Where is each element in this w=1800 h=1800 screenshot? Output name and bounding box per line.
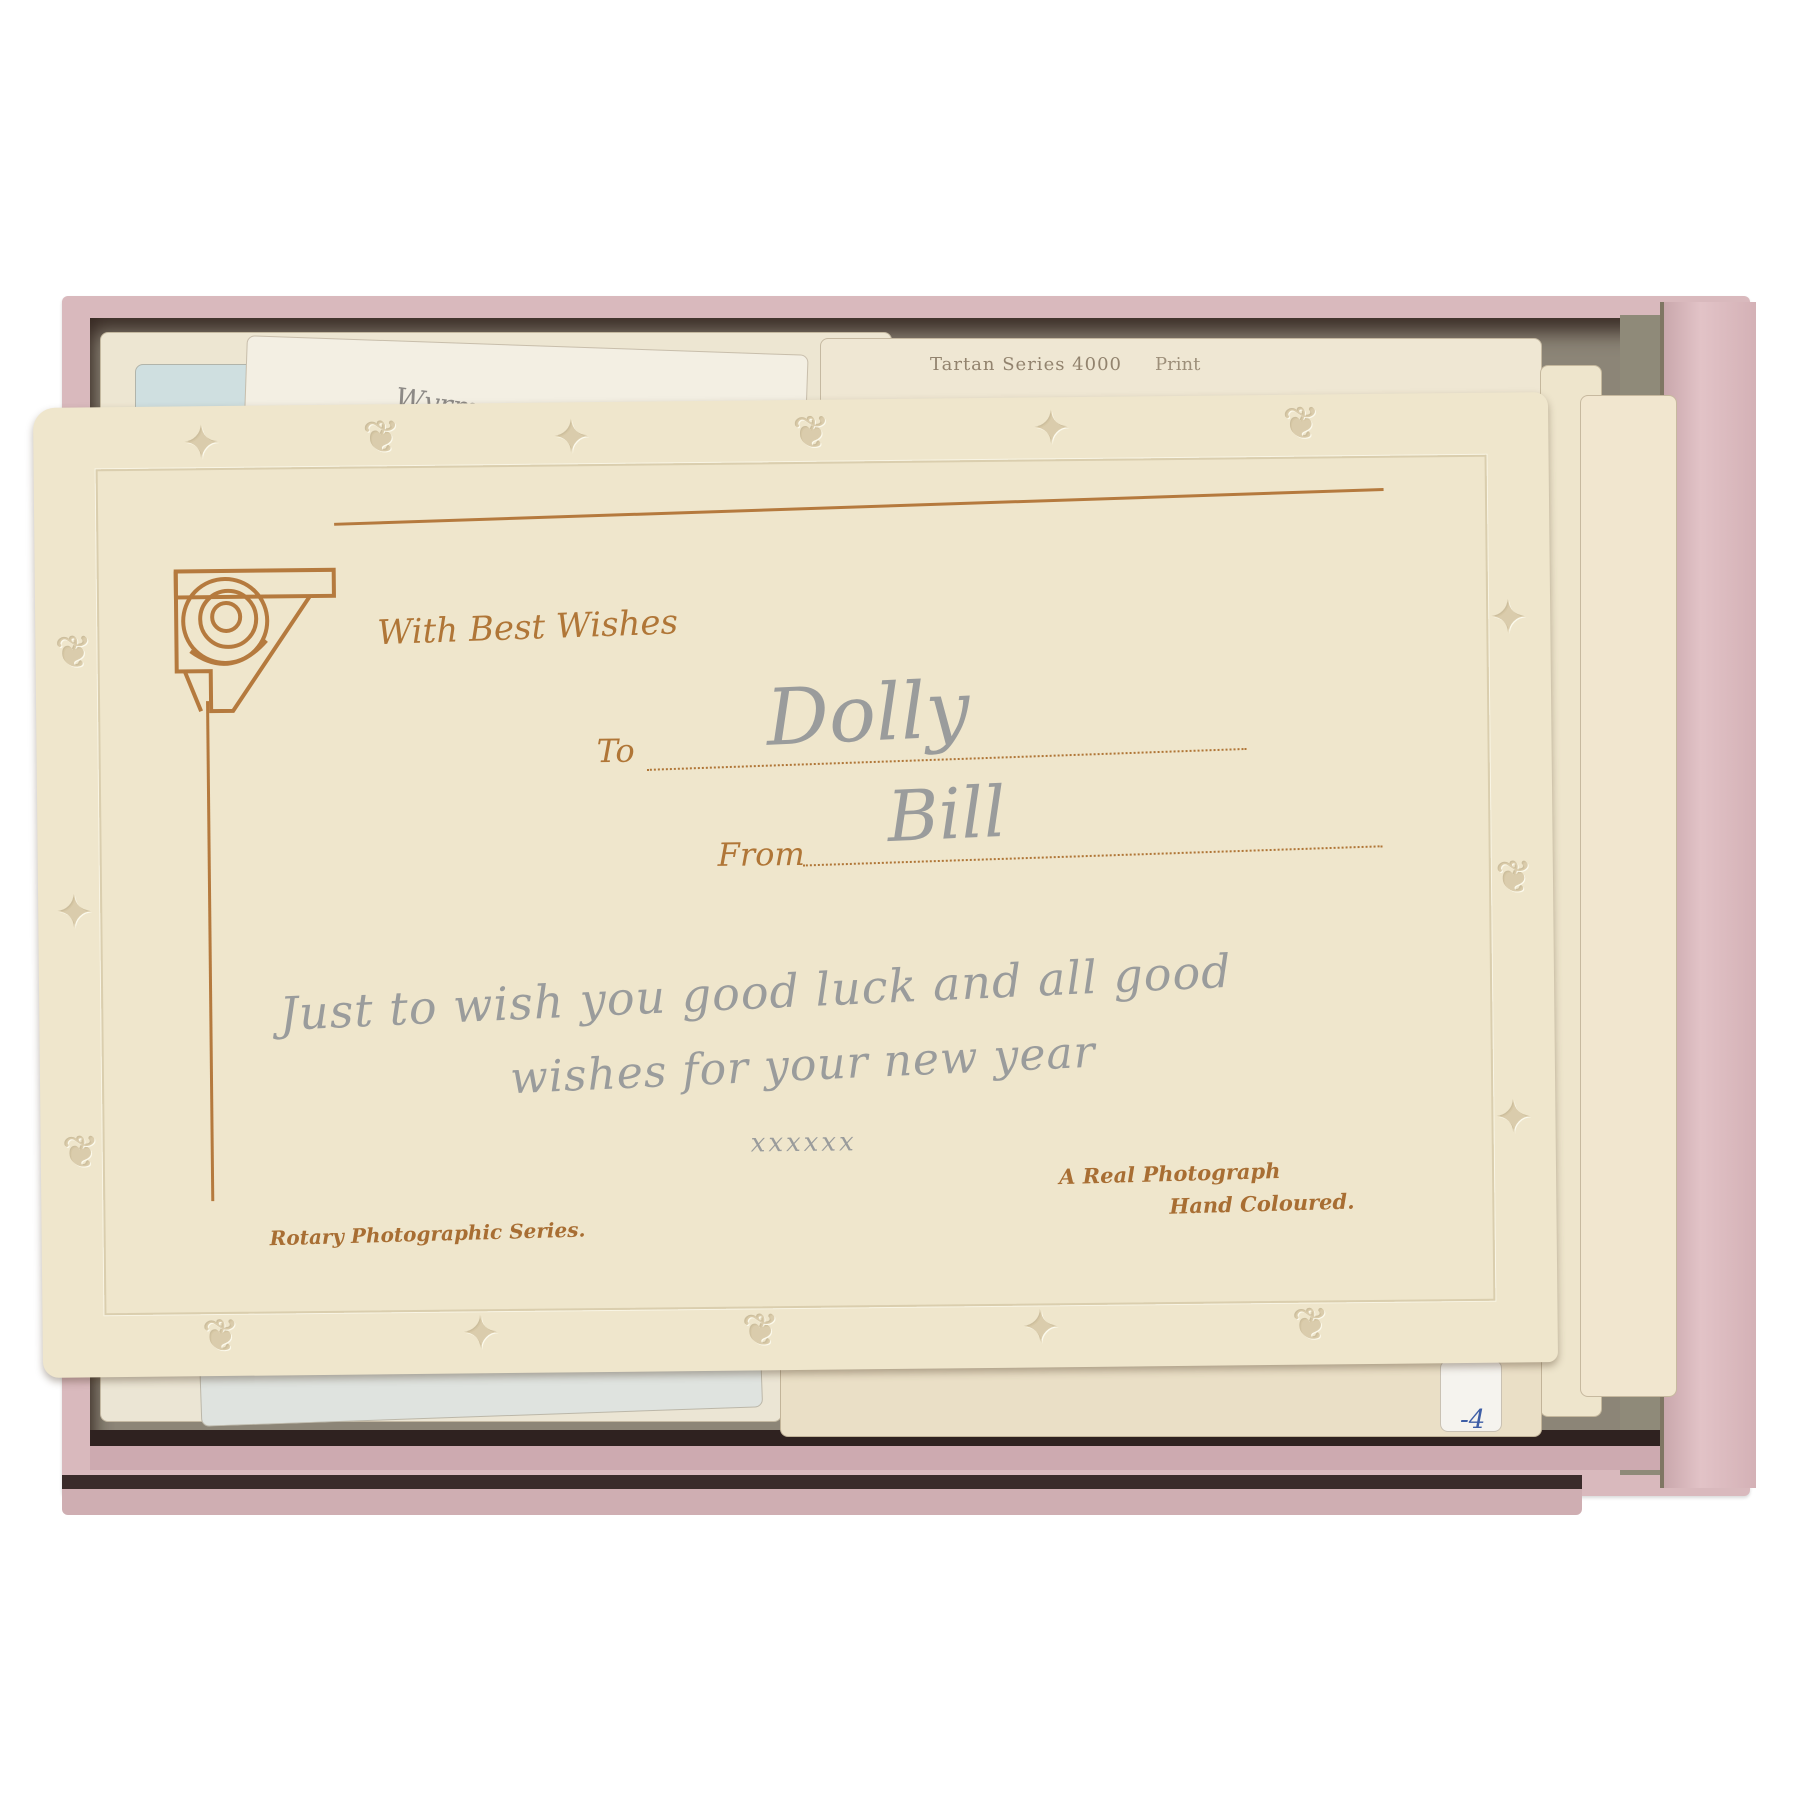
sender-name: Bill [885, 771, 1007, 858]
from-label: From [717, 835, 805, 874]
embossed-leaf-icon: ❦ [55, 627, 92, 678]
embossed-leaf-icon: ✦ [1033, 403, 1070, 454]
embossed-leaf-icon: ✦ [462, 1308, 499, 1359]
embossed-leaf-icon: ✦ [1022, 1302, 1059, 1353]
back-card-ink-fragment: -4 [1460, 1405, 1485, 1435]
embossed-leaf-icon: ❦ [63, 1127, 100, 1178]
photo-caption-line-2: Hand Coloured. [1169, 1189, 1355, 1219]
embossed-leaf-icon: ❦ [1283, 398, 1320, 449]
box-lid-edge [62, 1475, 1582, 1515]
greeting-postcard: ✦ ❦ ✦ ❦ ✦ ❦ ❦ ✦ ❦ ✦ ❦ ✦ ❦ ✦ ❦ ✦ ❦ With B… [33, 392, 1558, 1378]
back-postcard [1580, 395, 1677, 1397]
rose-corner-icon [170, 560, 342, 722]
kisses: xxxxxx [751, 1127, 857, 1158]
embossed-leaf-icon: ❦ [742, 1305, 779, 1356]
embossed-leaf-icon: ✦ [1490, 592, 1527, 643]
recipient-name: Dolly [764, 665, 971, 764]
back-card-caption: Tartan Series 4000 [930, 354, 1122, 375]
embossed-leaf-icon: ❦ [202, 1311, 239, 1362]
embossed-leaf-icon: ✦ [1495, 1092, 1532, 1143]
embossed-leaf-icon: ❦ [1496, 852, 1533, 903]
to-label: To [596, 732, 635, 770]
embossed-leaf-icon: ❦ [1292, 1299, 1329, 1350]
embossed-leaf-icon: ✦ [183, 418, 220, 469]
embossed-leaf-icon: ✦ [553, 412, 590, 463]
embossed-leaf-icon: ❦ [793, 408, 830, 459]
embossed-leaf-icon: ✦ [56, 887, 93, 938]
back-card-caption-right: Print [1155, 354, 1200, 375]
embossed-leaf-icon: ❦ [363, 412, 400, 463]
